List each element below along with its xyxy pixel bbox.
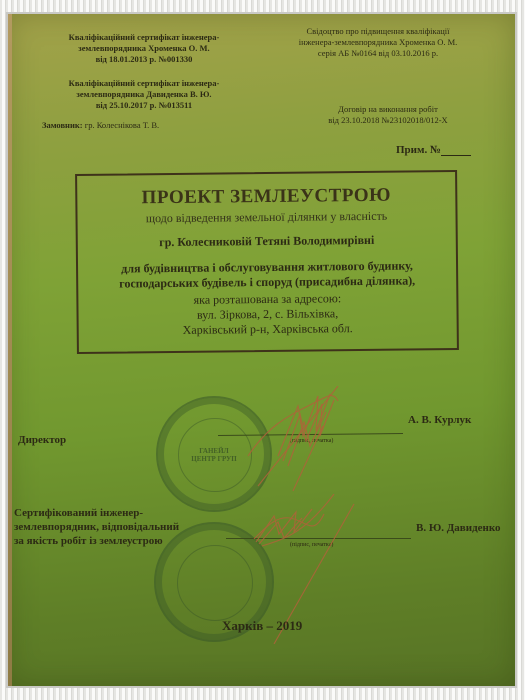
- engineer-name: В. Ю. Давиденко: [416, 522, 501, 534]
- engineer-label: Сертифікований інженер- землевпорядник, …: [14, 506, 179, 548]
- paper-edge: [8, 14, 12, 686]
- director-label: Директор: [18, 434, 66, 446]
- cert-upgrade: Свідоцтво про підвищення кваліфікації ін…: [263, 26, 493, 59]
- customer: Замовник: гр. Колеснікова Т. В.: [42, 120, 159, 131]
- director-signature: [238, 386, 358, 496]
- city-year: Харків – 2019: [222, 618, 302, 634]
- land-purpose: для будівництва і обслуговування житлово…: [78, 258, 456, 292]
- customer-value: гр. Колеснікова Т. В.: [85, 120, 159, 130]
- document-title: ПРОЕКТ ЗЕМЛЕУСТРОЮ: [77, 184, 455, 210]
- cert-khromenko: Кваліфікаційний сертифікат інженера- зем…: [34, 32, 254, 65]
- director-name: А. В. Курлук: [408, 414, 471, 426]
- contract: Договір на виконання робіт від 23.10.201…: [288, 104, 488, 126]
- customer-label: Замовник:: [42, 120, 83, 130]
- title-box: ПРОЕКТ ЗЕМЛЕУСТРОЮ щодо відведення земел…: [75, 170, 459, 354]
- owner-name: гр. Колесниковій Тетяні Володимирівні: [78, 232, 456, 251]
- copy-number: Прим. №: [396, 144, 471, 156]
- document-photo: Кваліфікаційний сертифікат інженера- зем…: [8, 14, 515, 686]
- land-address: яка розташована за адресою: вул. Зіркова…: [78, 290, 456, 339]
- document-subtitle: щодо відведення земельної ділянки у влас…: [77, 208, 455, 227]
- cert-davydenko: Кваліфікаційний сертифікат інженера- зем…: [34, 78, 254, 111]
- copy-number-blank: [441, 145, 471, 156]
